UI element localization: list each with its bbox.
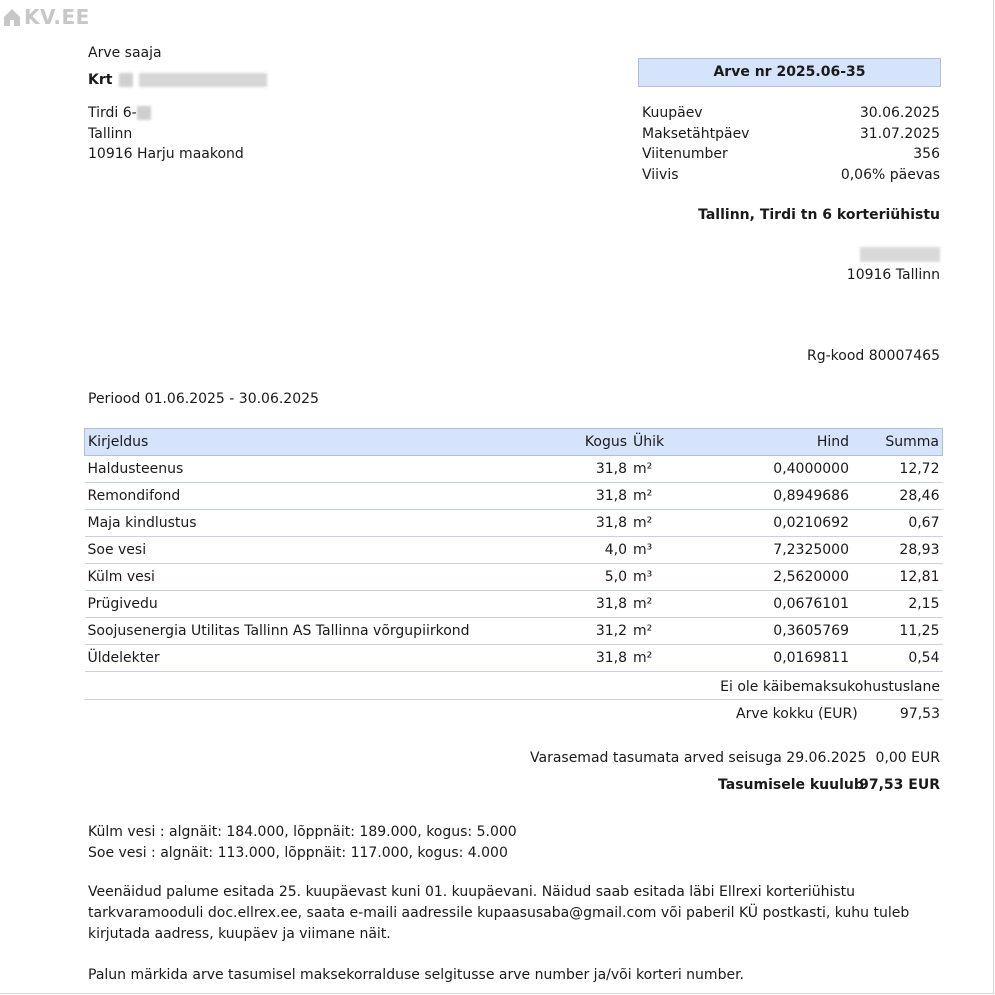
cell-price: 0,0210692 [706, 510, 852, 537]
total-value: 97,53 [900, 704, 940, 724]
cell-sum: 28,93 [852, 537, 943, 564]
meta-value: 0,06% päevas [841, 165, 940, 185]
table-row: Soojusenergia Utilitas Tallinn AS Tallin… [85, 618, 943, 645]
divider [84, 699, 943, 700]
meter-reading-hot: Soe vesi : algnäit: 113.000, lõppnäit: 1… [88, 843, 508, 863]
amount-due-value: 97,53 EUR [859, 775, 940, 795]
cell-quantity: 31,8 [556, 510, 630, 537]
readings-note-line: tarkvaramooduli doc.ellrex.ee, saata e-m… [88, 903, 909, 923]
cell-unit: m² [630, 645, 706, 672]
table-row: Üldelekter31,8m²0,01698110,54 [85, 645, 943, 672]
table-row: Remondifond31,8m²0,894968628,46 [85, 483, 943, 510]
billing-period: Periood 01.06.2025 - 30.06.2025 [88, 389, 319, 409]
recipient-city: Tallinn [88, 124, 132, 144]
meta-value: 356 [913, 144, 940, 164]
cell-price: 7,2325000 [706, 537, 852, 564]
meta-label: Kuupäev [642, 103, 703, 123]
issuer-name: Tallinn, Tirdi tn 6 korteriühistu [698, 205, 940, 225]
cell-unit: m² [630, 591, 706, 618]
cell-price: 0,0676101 [706, 591, 852, 618]
amount-due-label: Tasumisele kuulub [718, 775, 864, 795]
col-sum: Summa [852, 429, 943, 456]
meta-row-date: Kuupäev 30.06.2025 [642, 103, 940, 123]
total-label: Arve kokku (EUR) [736, 704, 858, 724]
cell-quantity: 5,0 [556, 564, 630, 591]
cell-unit: m² [630, 618, 706, 645]
table-row: Maja kindlustus31,8m²0,02106920,67 [85, 510, 943, 537]
col-quantity: Kogus [556, 429, 630, 456]
previous-unpaid-value: 0,00 EUR [876, 748, 940, 768]
cell-unit: m³ [630, 537, 706, 564]
vat-note: Ei ole käibemaksukohustuslane [720, 677, 940, 697]
cell-unit: m² [630, 483, 706, 510]
col-unit: Ühik [630, 429, 706, 456]
cell-sum: 12,81 [852, 564, 943, 591]
invoice-number-header: Arve nr 2025.06-35 [638, 58, 941, 87]
cell-sum: 0,67 [852, 510, 943, 537]
redacted-block [139, 73, 267, 87]
meta-row-penalty: Viivis 0,06% päevas [642, 165, 940, 185]
table-row: Külm vesi5,0m³2,562000012,81 [85, 564, 943, 591]
col-price: Hind [706, 429, 852, 456]
invoice-items-table: Kirjeldus Kogus Ühik Hind Summa Halduste… [84, 428, 943, 672]
cell-sum: 2,15 [852, 591, 943, 618]
cell-price: 0,0169811 [706, 645, 852, 672]
previous-unpaid-label: Varasemad tasumata arved seisuga 29.06.2… [530, 748, 866, 768]
cell-description: Soe vesi [85, 537, 557, 564]
cell-sum: 28,46 [852, 483, 943, 510]
recipient-street: Tirdi 6- [88, 103, 151, 123]
recipient-name: Krt [88, 70, 267, 90]
table-row: Prügivedu31,8m²0,06761012,15 [85, 591, 943, 618]
cell-sum: 0,54 [852, 645, 943, 672]
logo-text: KV.EE [24, 5, 90, 29]
cell-quantity: 31,8 [556, 456, 630, 483]
house-icon [2, 7, 22, 27]
payment-note: Palun märkida arve tasumisel maksekorral… [88, 965, 744, 985]
cell-unit: m² [630, 456, 706, 483]
cell-description: Külm vesi [85, 564, 557, 591]
kv-ee-logo[interactable]: KV.EE [2, 6, 90, 28]
redacted-block [119, 73, 133, 87]
cell-sum: 12,72 [852, 456, 943, 483]
meta-label: Maksetähtpäev [642, 124, 749, 144]
meter-reading-cold: Külm vesi : algnäit: 184.000, lõppnäit: … [88, 822, 517, 842]
meta-row-due-date: Maksetähtpäev 31.07.2025 [642, 124, 940, 144]
recipient-postal: 10916 Harju maakond [88, 144, 244, 164]
cell-unit: m³ [630, 564, 706, 591]
redacted-block [137, 106, 151, 120]
readings-note-line: kirjutada aadress, kuupäev ja viimane nä… [88, 924, 391, 944]
cell-description: Maja kindlustus [85, 510, 557, 537]
col-description: Kirjeldus [85, 429, 557, 456]
meta-label: Viitenumber [642, 144, 728, 164]
table-row: Soe vesi4,0m³7,232500028,93 [85, 537, 943, 564]
redacted-block [860, 247, 940, 262]
meta-row-reference: Viitenumber 356 [642, 144, 940, 164]
issuer-reg-code: Rg-kood 80007465 [807, 346, 940, 366]
cell-quantity: 31,8 [556, 591, 630, 618]
cell-quantity: 4,0 [556, 537, 630, 564]
cell-description: Üldelekter [85, 645, 557, 672]
meta-value: 31.07.2025 [860, 124, 940, 144]
meta-value: 30.06.2025 [860, 103, 940, 123]
recipient-label: Arve saaja [88, 43, 162, 63]
issuer-street [860, 244, 940, 264]
recipient-street-prefix: Tirdi 6- [88, 105, 137, 121]
cell-price: 0,8949686 [706, 483, 852, 510]
cell-price: 0,3605769 [706, 618, 852, 645]
cell-description: Haldusteenus [85, 456, 557, 483]
recipient-name-prefix: Krt [88, 72, 112, 88]
cell-description: Prügivedu [85, 591, 557, 618]
cell-quantity: 31,2 [556, 618, 630, 645]
cell-description: Remondifond [85, 483, 557, 510]
cell-quantity: 31,8 [556, 645, 630, 672]
readings-note-line: Veenäidud palume esitada 25. kuupäevast … [88, 882, 855, 902]
cell-description: Soojusenergia Utilitas Tallinn AS Tallin… [85, 618, 557, 645]
cell-price: 0,4000000 [706, 456, 852, 483]
meta-label: Viivis [642, 165, 679, 185]
cell-quantity: 31,8 [556, 483, 630, 510]
table-header-row: Kirjeldus Kogus Ühik Hind Summa [85, 429, 943, 456]
cell-price: 2,5620000 [706, 564, 852, 591]
cell-sum: 11,25 [852, 618, 943, 645]
table-row: Haldusteenus31,8m²0,400000012,72 [85, 456, 943, 483]
issuer-city: 10916 Tallinn [847, 265, 940, 285]
cell-unit: m² [630, 510, 706, 537]
